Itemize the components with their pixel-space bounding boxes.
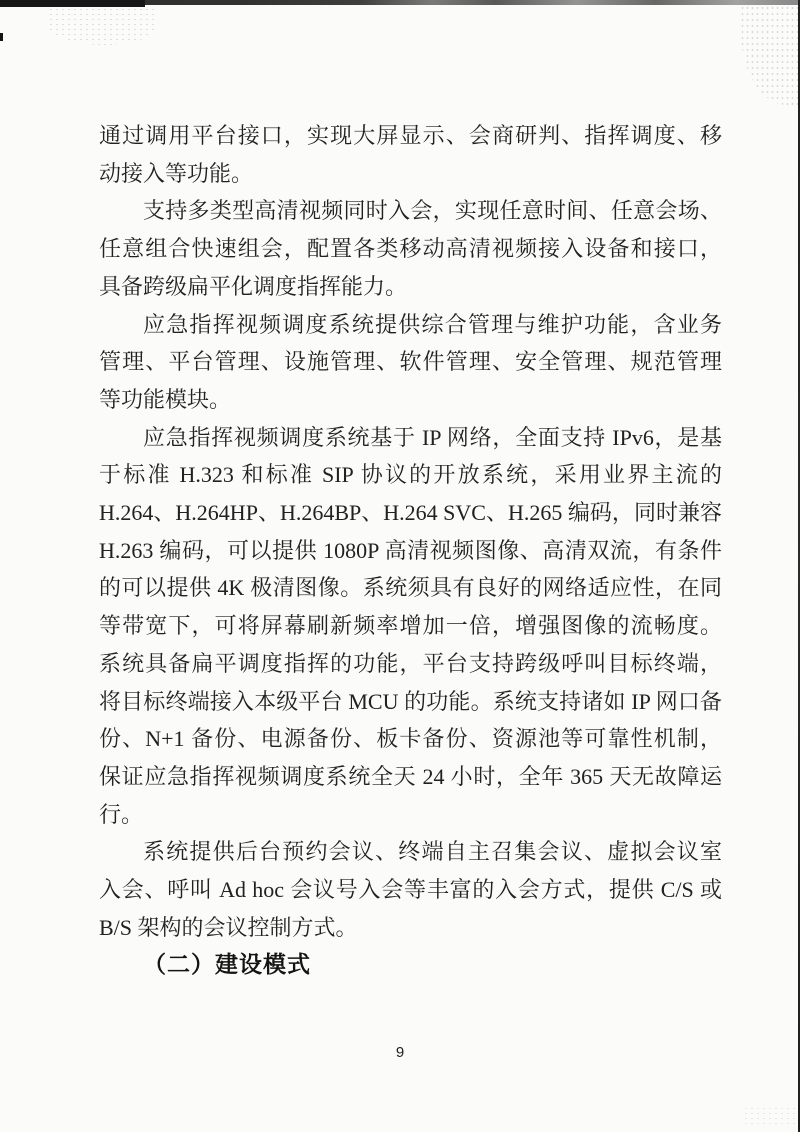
scan-artifact-left-edge	[0, 33, 3, 41]
document-page: { "theme": { "paper_color": "#fbfbfa", "…	[0, 0, 800, 1132]
text-line: 支持多类型高清视频同时入会，实现任意时间、任意会场、	[99, 192, 722, 230]
text-line: 应急指挥视频调度系统提供综合管理与维护功能，含业务	[99, 306, 722, 344]
text-line: 份、N+1 备份、电源备份、板卡备份、资源池等可靠性机制，	[99, 720, 722, 758]
section-heading: （二）建设模式	[99, 946, 722, 984]
text-line: 等功能模块。	[99, 381, 722, 419]
scan-noise-top-right	[740, 5, 798, 105]
text-line: 应急指挥视频调度系统基于 IP 网络，全面支持 IPv6，是基	[99, 419, 722, 457]
text-line: 行。	[99, 796, 722, 834]
text-line: 管理、平台管理、设施管理、软件管理、安全管理、规范管理	[99, 343, 722, 381]
scan-noise-bottom-right	[743, 1106, 795, 1126]
scan-noise-top-left	[48, 7, 158, 45]
text-line: 保证应急指挥视频调度系统全天 24 小时，全年 365 天无故障运	[99, 758, 722, 796]
text-line: 于标准 H.323 和标准 SIP 协议的开放系统，采用业界主流的	[99, 456, 722, 494]
text-line: 具备跨级扁平化调度指挥能力。	[99, 268, 722, 306]
page-number: 9	[0, 1043, 800, 1063]
text-line: H.264、H.264HP、H.264BP、H.264 SVC、H.265 编码…	[99, 494, 722, 532]
text-line: 系统提供后台预约会议、终端自主召集会议、虚拟会议室	[99, 833, 722, 871]
text-line: 等带宽下，可将屏幕刷新频率增加一倍，增强图像的流畅度。	[99, 607, 722, 645]
text-line: 通过调用平台接口，实现大屏显示、会商研判、指挥调度、移	[99, 117, 722, 155]
text-line: H.263 编码，可以提供 1080P 高清视频图像、高清双流，有条件	[99, 532, 722, 570]
text-line: 将目标终端接入本级平台 MCU 的功能。系统支持诸如 IP 网口备	[99, 683, 722, 721]
text-line: B/S 架构的会议控制方式。	[99, 909, 722, 947]
scan-artifact-top-edge-left	[0, 0, 145, 7]
text-line: 任意组合快速组会，配置各类移动高清视频接入设备和接口，	[99, 230, 722, 268]
document-body: 通过调用平台接口，实现大屏显示、会商研判、指挥调度、移动接入等功能。支持多类型高…	[99, 117, 722, 984]
text-line: 的可以提供 4K 极清图像。系统须具有良好的网络适应性，在同	[99, 569, 722, 607]
text-line: 系统具备扁平调度指挥的功能，平台支持跨级呼叫目标终端，	[99, 645, 722, 683]
text-line: 入会、呼叫 Ad hoc 会议号入会等丰富的入会方式，提供 C/S 或	[99, 871, 722, 909]
text-line: 动接入等功能。	[99, 155, 722, 193]
